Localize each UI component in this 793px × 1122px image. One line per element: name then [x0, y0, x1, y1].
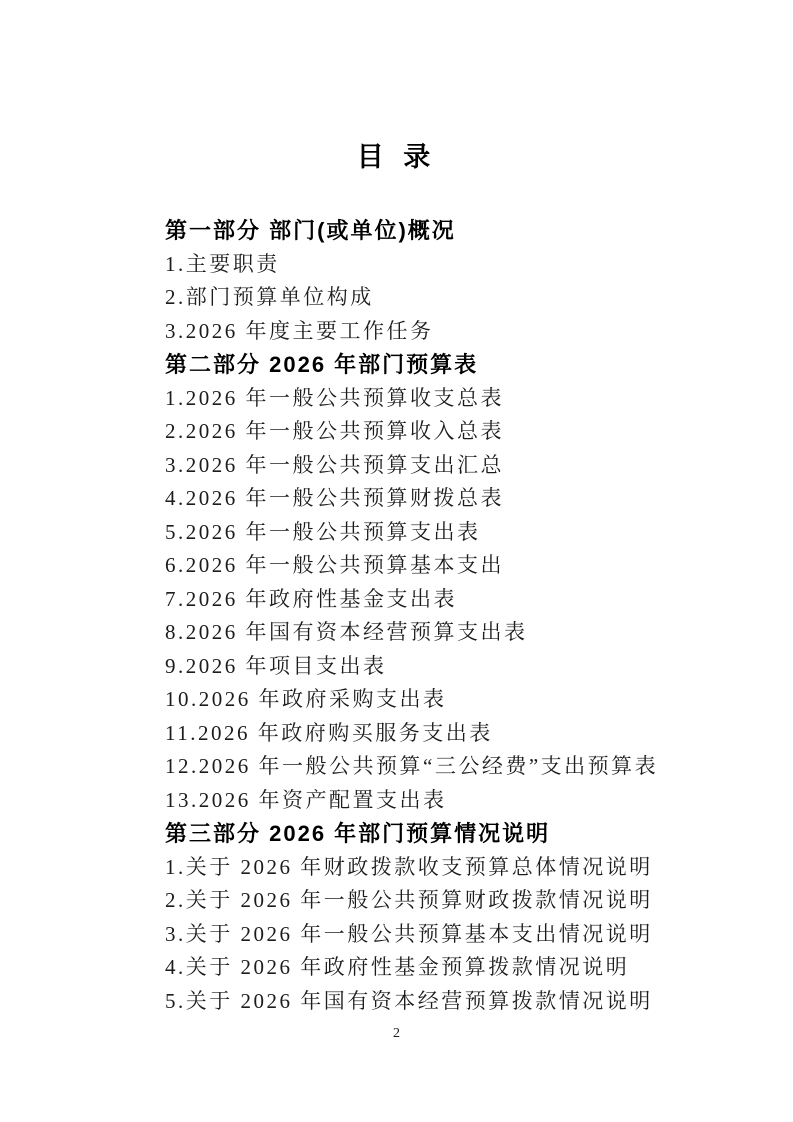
toc-item: 7.2026 年政府性基金支出表: [165, 583, 673, 617]
toc-item: 8.2026 年国有资本经营预算支出表: [165, 616, 673, 650]
toc-item: 2.部门预算单位构成: [165, 281, 673, 315]
toc-item: 3.2026 年一般公共预算支出汇总: [165, 449, 673, 483]
toc-item: 9.2026 年项目支出表: [165, 650, 673, 684]
toc-item: 11.2026 年政府购买服务支出表: [165, 717, 673, 751]
toc-item: 4.2026 年一般公共预算财拨总表: [165, 482, 673, 516]
toc-item: 1.关于 2026 年财政拨款收支预算总体情况说明: [165, 851, 673, 885]
toc-item: 5.关于 2026 年国有资本经营预算拨款情况说明: [165, 985, 673, 1019]
page-title: 目 录: [0, 0, 793, 173]
toc-section-heading: 第一部分 部门(或单位)概况: [165, 214, 673, 248]
toc-item: 12.2026 年一般公共预算“三公经费”支出预算表: [165, 750, 673, 784]
toc-item: 5.2026 年一般公共预算支出表: [165, 516, 673, 550]
toc-item: 2.关于 2026 年一般公共预算财政拨款情况说明: [165, 884, 673, 918]
toc-section-heading: 第二部分 2026 年部门预算表: [165, 348, 673, 382]
toc-item: 13.2026 年资产配置支出表: [165, 784, 673, 818]
toc-section-heading: 第三部分 2026 年部门预算情况说明: [165, 817, 673, 851]
toc-item: 1.主要职责: [165, 248, 673, 282]
toc-item: 6.2026 年一般公共预算基本支出: [165, 549, 673, 583]
page-number: 2: [0, 1026, 793, 1042]
toc-item: 1.2026 年一般公共预算收支总表: [165, 382, 673, 416]
toc-item: 10.2026 年政府采购支出表: [165, 683, 673, 717]
toc-item: 3.关于 2026 年一般公共预算基本支出情况说明: [165, 918, 673, 952]
toc: 第一部分 部门(或单位)概况1.主要职责2.部门预算单位构成3.2026 年度主…: [165, 214, 673, 1018]
toc-item: 4.关于 2026 年政府性基金预算拨款情况说明: [165, 951, 673, 985]
toc-item: 3.2026 年度主要工作任务: [165, 315, 673, 349]
toc-item: 2.2026 年一般公共预算收入总表: [165, 415, 673, 449]
document-page: 目 录 第一部分 部门(或单位)概况1.主要职责2.部门预算单位构成3.2026…: [0, 0, 793, 1122]
